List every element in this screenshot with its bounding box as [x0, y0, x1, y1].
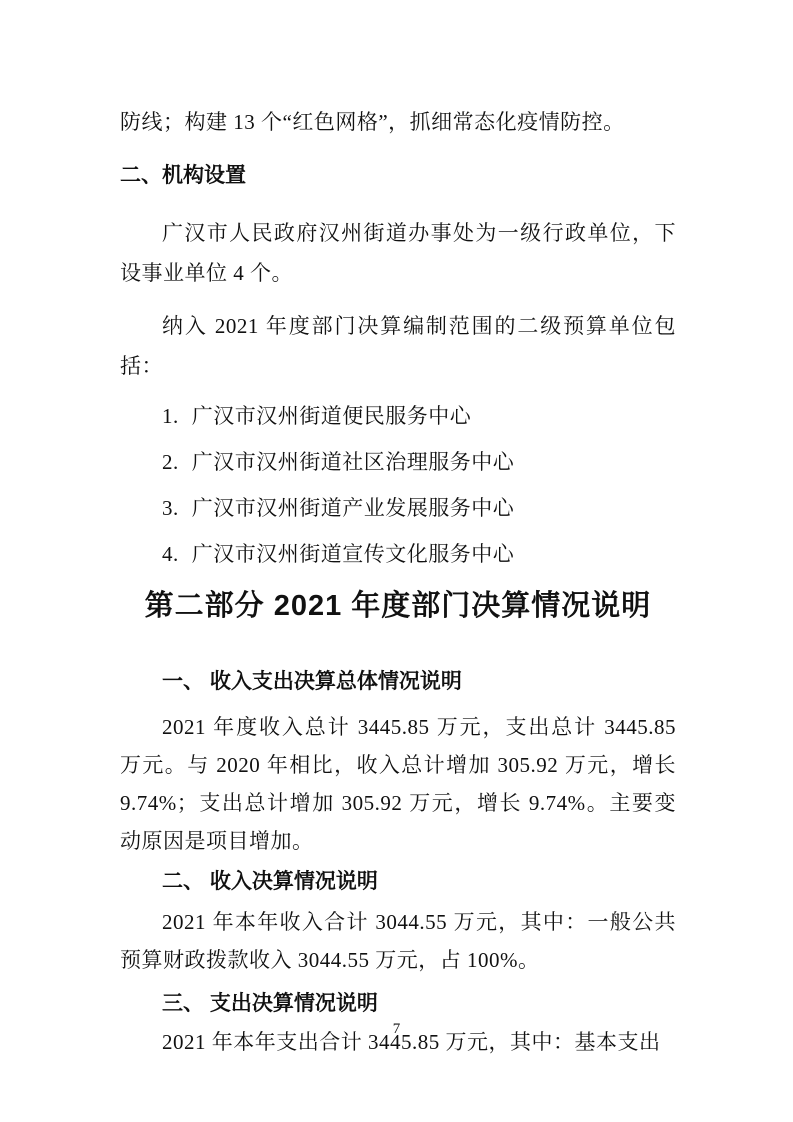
section-heading: 三、 支出决算情况说明	[120, 985, 676, 1023]
org-admin-paragraph: 广汉市人民政府汉州街道办事处为一级行政单位，下设事业单位 4 个。	[120, 213, 676, 293]
part2-title: 第二部分 2021 年度部门决算情况说明	[120, 583, 676, 629]
document-page: 防线；构建 13 个“红色网格”，抓细常态化疫情防控。 二、机构设置 广汉市人民…	[0, 0, 793, 1122]
org-setup-heading: 二、机构设置	[120, 156, 676, 196]
unit-number: 3.	[162, 496, 179, 520]
unit-name: 广汉市汉州街道产业发展服务中心	[192, 496, 515, 520]
section-heading: 一、 收入支出决算总体情况说明	[120, 663, 676, 701]
section-heading: 二、 收入决算情况说明	[120, 863, 676, 901]
unit-number: 1.	[162, 404, 179, 428]
unit-number: 2.	[162, 450, 179, 474]
section-income-expenditure-overview: 一、 收入支出决算总体情况说明 2021 年度收入总计 3445.85 万元，支…	[120, 663, 676, 860]
document-content: 防线；构建 13 个“红色网格”，抓细常态化疫情防控。 二、机构设置 广汉市人民…	[120, 102, 676, 1061]
page-number: 7	[0, 1020, 793, 1038]
section-paragraph: 2021 年度收入总计 3445.85 万元，支出总计 3445.85 万元。与…	[120, 708, 676, 860]
unit-name: 广汉市汉州街道社区治理服务中心	[192, 450, 515, 474]
carryover-paragraph: 防线；构建 13 个“红色网格”，抓细常态化疫情防控。	[120, 102, 676, 142]
unit-list-item: 2.广汉市汉州街道社区治理服务中心	[120, 442, 676, 482]
section-income-detail: 二、 收入决算情况说明 2021 年本年收入合计 3044.55 万元，其中：一…	[120, 863, 676, 979]
section-paragraph: 2021 年本年收入合计 3044.55 万元，其中：一般公共预算财政拨款收入 …	[120, 903, 676, 979]
unit-number: 4.	[162, 542, 179, 566]
unit-list-item: 3.广汉市汉州街道产业发展服务中心	[120, 488, 676, 528]
unit-list-item: 1.广汉市汉州街道便民服务中心	[120, 396, 676, 436]
budget-scope-paragraph: 纳入 2021 年度部门决算编制范围的二级预算单位包括：	[120, 306, 676, 386]
unit-list-item: 4.广汉市汉州街道宣传文化服务中心	[120, 534, 676, 574]
unit-name: 广汉市汉州街道便民服务中心	[192, 404, 472, 428]
unit-name: 广汉市汉州街道宣传文化服务中心	[192, 542, 515, 566]
